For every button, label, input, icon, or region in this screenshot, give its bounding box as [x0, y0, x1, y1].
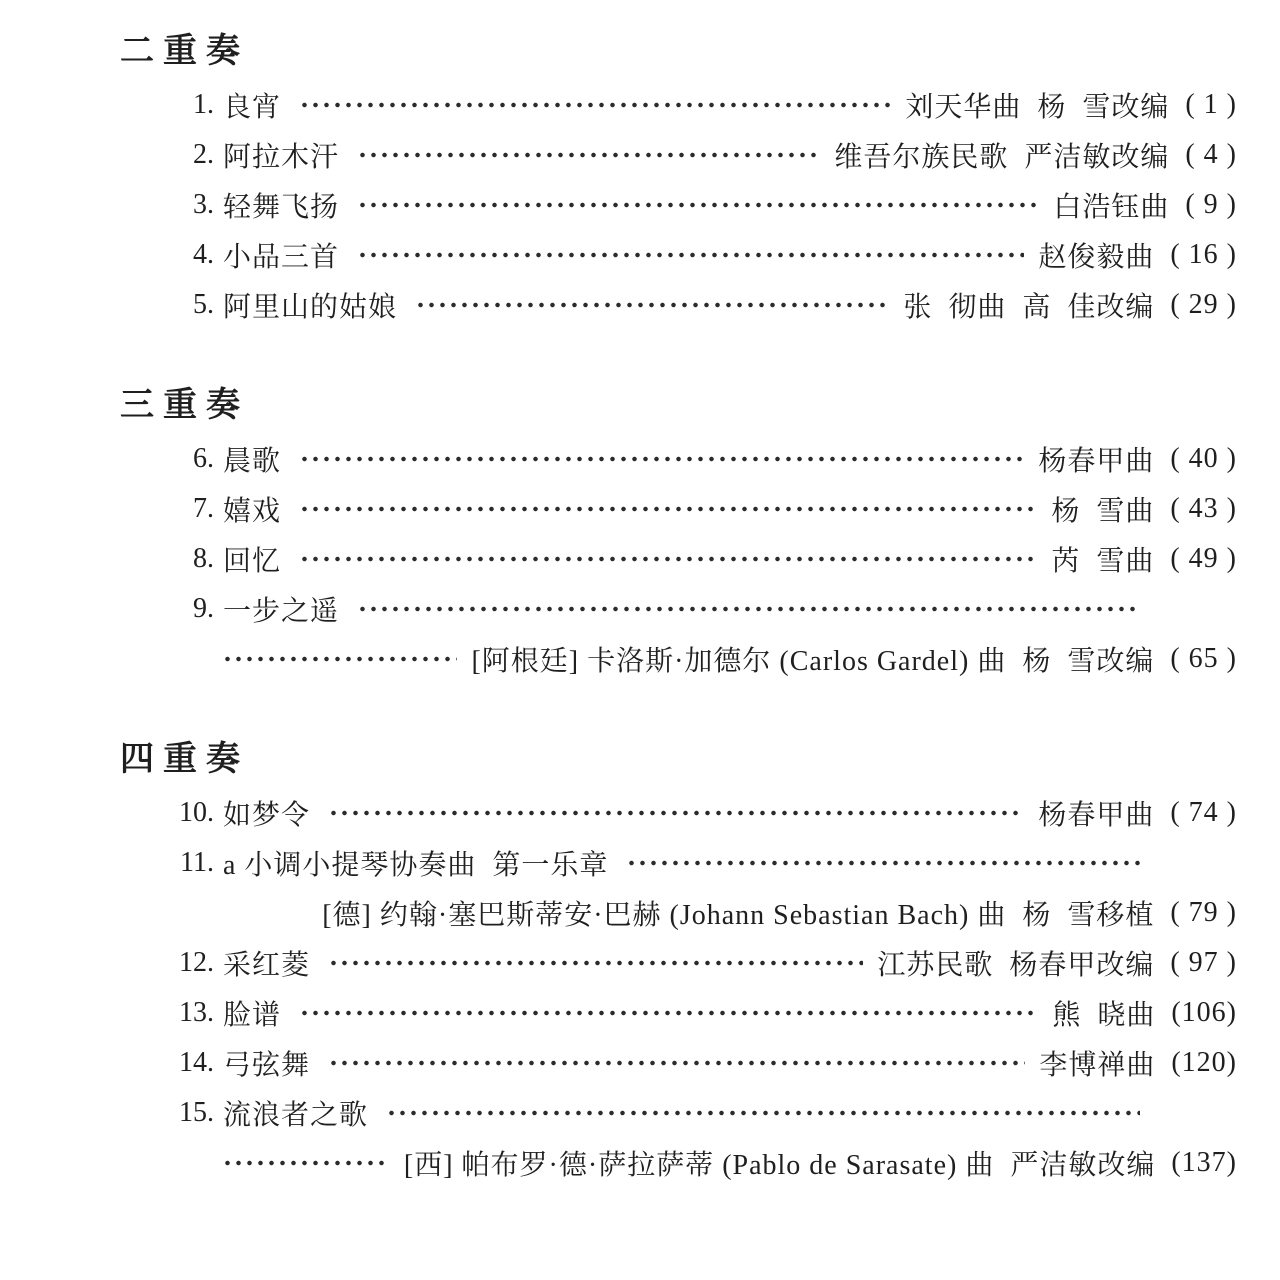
entry-number: 13.	[162, 997, 214, 1029]
toc-entry-continuation: [西] 帕布罗·德·萨拉萨蒂 (Pablo de Sarasate) 曲 严洁敏…	[120, 1138, 1237, 1188]
entry-attribution: 白浩钰曲	[1053, 185, 1169, 225]
entry-page-number: (106)	[1171, 997, 1237, 1029]
entry-page-number: ( 1 )	[1185, 89, 1237, 121]
dot-leader	[326, 1038, 1025, 1088]
dot-leader	[297, 484, 1037, 534]
section-entries: 1. 良宵 刘天华曲 杨 雪改编 ( 1 ) 2. 阿拉木汗 维吾尔族民歌 严洁…	[120, 80, 1237, 330]
dot-leader	[220, 634, 457, 684]
toc-entry: 15. 流浪者之歌	[120, 1088, 1237, 1138]
entry-number: 3.	[162, 189, 214, 221]
toc-entry: 5. 阿里山的姑娘 张 彻曲 高 佳改编 ( 29 )	[120, 280, 1237, 330]
dot-leader	[355, 230, 1024, 280]
entry-number: 1.	[162, 89, 214, 121]
entry-title: 回忆	[223, 539, 281, 579]
dot-leader	[355, 584, 1140, 634]
entry-attribution: 赵俊毅曲	[1038, 235, 1154, 275]
entry-attribution: 张 彻曲 高 佳改编	[903, 285, 1154, 325]
entry-number: 11.	[162, 847, 214, 879]
entry-page-number: ( 40 )	[1170, 443, 1237, 475]
entry-number: 7.	[162, 493, 214, 525]
dot-leader	[297, 988, 1038, 1038]
entry-number: 2.	[162, 139, 214, 171]
dot-leader	[384, 1088, 1140, 1138]
toc-entry: 4. 小品三首 赵俊毅曲 ( 16 )	[120, 230, 1237, 280]
entry-page-number: ( 74 )	[1170, 797, 1237, 829]
toc-entry: 3. 轻舞飞扬 白浩钰曲 ( 9 )	[120, 180, 1237, 230]
entry-title: 脸谱	[223, 993, 281, 1033]
entry-page-number: ( 97 )	[1170, 947, 1237, 979]
entry-page-number: ( 49 )	[1170, 543, 1237, 575]
entry-attribution: 杨春甲曲	[1038, 439, 1154, 479]
section-title: 四重奏	[120, 736, 1237, 784]
toc-sections: 二重奏 1. 良宵 刘天华曲 杨 雪改编 ( 1 ) 2. 阿拉木汗 维吾尔族民…	[120, 28, 1237, 1188]
entry-attribution: 李博禅曲	[1039, 1043, 1155, 1083]
entry-number: 4.	[162, 239, 214, 271]
entry-number: 9.	[162, 593, 214, 625]
entry-title: 阿拉木汗	[223, 135, 339, 175]
dot-leader	[326, 788, 1024, 838]
entry-page-number: ( 9 )	[1185, 189, 1237, 221]
dot-leader	[624, 838, 1140, 888]
entry-number: 15.	[162, 1097, 214, 1129]
toc-entry: 2. 阿拉木汗 维吾尔族民歌 严洁敏改编 ( 4 )	[120, 130, 1237, 180]
entry-page-number: ( 79 )	[1170, 897, 1237, 929]
dot-leader	[413, 280, 889, 330]
entry-title: 流浪者之歌	[223, 1093, 368, 1133]
toc-section: 四重奏 10. 如梦令 杨春甲曲 ( 74 ) 11. a 小调小提琴协奏曲 第…	[120, 736, 1237, 1188]
toc-entry: 10. 如梦令 杨春甲曲 ( 74 )	[120, 788, 1237, 838]
entry-title: 轻舞飞扬	[223, 185, 339, 225]
entry-page-number: ( 29 )	[1170, 289, 1237, 321]
toc-entry: 1. 良宵 刘天华曲 杨 雪改编 ( 1 )	[120, 80, 1237, 130]
section-title: 二重奏	[120, 28, 1237, 76]
dot-leader	[355, 180, 1039, 230]
toc-section: 二重奏 1. 良宵 刘天华曲 杨 雪改编 ( 1 ) 2. 阿拉木汗 维吾尔族民…	[120, 28, 1237, 330]
dot-leader	[297, 434, 1024, 484]
entry-attribution: [阿根廷] 卡洛斯·加德尔 (Carlos Gardel) 曲 杨 雪改编	[471, 639, 1154, 679]
entry-number: 5.	[162, 289, 214, 321]
entry-title: 晨歌	[223, 439, 281, 479]
entry-attribution: [德] 约翰·塞巴斯蒂安·巴赫 (Johann Sebastian Bach) …	[322, 893, 1154, 933]
entry-title: 如梦令	[223, 793, 310, 833]
dot-leader	[326, 938, 863, 988]
section-entries: 6. 晨歌 杨春甲曲 ( 40 ) 7. 嬉戏 杨 雪曲 ( 43 ) 8. 回…	[120, 434, 1237, 684]
entry-page-number: ( 43 )	[1170, 493, 1237, 525]
entry-attribution: [西] 帕布罗·德·萨拉萨蒂 (Pablo de Sarasate) 曲 严洁敏…	[404, 1143, 1155, 1183]
entry-title: 弓弦舞	[223, 1043, 310, 1083]
dot-leader	[297, 80, 891, 130]
entry-page-number: (137)	[1171, 1147, 1237, 1179]
section-entries: 10. 如梦令 杨春甲曲 ( 74 ) 11. a 小调小提琴协奏曲 第一乐章 …	[120, 788, 1237, 1188]
entry-attribution: 熊 晓曲	[1052, 993, 1155, 1033]
entry-title: 嬉戏	[223, 489, 281, 529]
entry-title: a 小调小提琴协奏曲 第一乐章	[223, 843, 608, 883]
entry-page-number: ( 65 )	[1170, 643, 1237, 675]
toc-entry: 9. 一步之遥	[120, 584, 1237, 634]
entry-title: 小品三首	[223, 235, 339, 275]
entry-number: 12.	[162, 947, 214, 979]
toc-page: 二重奏 1. 良宵 刘天华曲 杨 雪改编 ( 1 ) 2. 阿拉木汗 维吾尔族民…	[0, 0, 1280, 1280]
section-title: 三重奏	[120, 382, 1237, 430]
entry-attribution: 江苏民歌 杨春甲改编	[877, 943, 1154, 983]
entry-page-number: ( 16 )	[1170, 239, 1237, 271]
entry-title: 一步之遥	[223, 589, 339, 629]
toc-entry-continuation: [德] 约翰·塞巴斯蒂安·巴赫 (Johann Sebastian Bach) …	[120, 888, 1237, 938]
entry-title: 良宵	[223, 85, 281, 125]
dot-leader	[355, 130, 820, 180]
entry-title: 采红菱	[223, 943, 310, 983]
entry-number: 14.	[162, 1047, 214, 1079]
toc-entry: 14. 弓弦舞 李博禅曲 (120)	[120, 1038, 1237, 1088]
toc-entry: 12. 采红菱 江苏民歌 杨春甲改编 ( 97 )	[120, 938, 1237, 988]
toc-entry: 6. 晨歌 杨春甲曲 ( 40 )	[120, 434, 1237, 484]
entry-attribution: 杨春甲曲	[1038, 793, 1154, 833]
entry-attribution: 杨 雪曲	[1051, 489, 1154, 529]
dot-leader	[220, 1138, 390, 1188]
toc-entry: 11. a 小调小提琴协奏曲 第一乐章	[120, 838, 1237, 888]
entry-attribution: 刘天华曲 杨 雪改编	[905, 85, 1169, 125]
entry-number: 6.	[162, 443, 214, 475]
toc-section: 三重奏 6. 晨歌 杨春甲曲 ( 40 ) 7. 嬉戏 杨 雪曲 ( 43 ) …	[120, 382, 1237, 684]
toc-entry: 13. 脸谱 熊 晓曲 (106)	[120, 988, 1237, 1038]
dot-leader	[297, 534, 1037, 584]
entry-attribution: 维吾尔族民歌 严洁敏改编	[834, 135, 1169, 175]
entry-title: 阿里山的姑娘	[223, 285, 397, 325]
entry-page-number: (120)	[1171, 1047, 1237, 1079]
entry-number: 10.	[162, 797, 214, 829]
toc-entry: 8. 回忆 芮 雪曲 ( 49 )	[120, 534, 1237, 584]
entry-number: 8.	[162, 543, 214, 575]
entry-attribution: 芮 雪曲	[1051, 539, 1154, 579]
entry-page-number: ( 4 )	[1185, 139, 1237, 171]
toc-entry-continuation: [阿根廷] 卡洛斯·加德尔 (Carlos Gardel) 曲 杨 雪改编 ( …	[120, 634, 1237, 684]
toc-entry: 7. 嬉戏 杨 雪曲 ( 43 )	[120, 484, 1237, 534]
